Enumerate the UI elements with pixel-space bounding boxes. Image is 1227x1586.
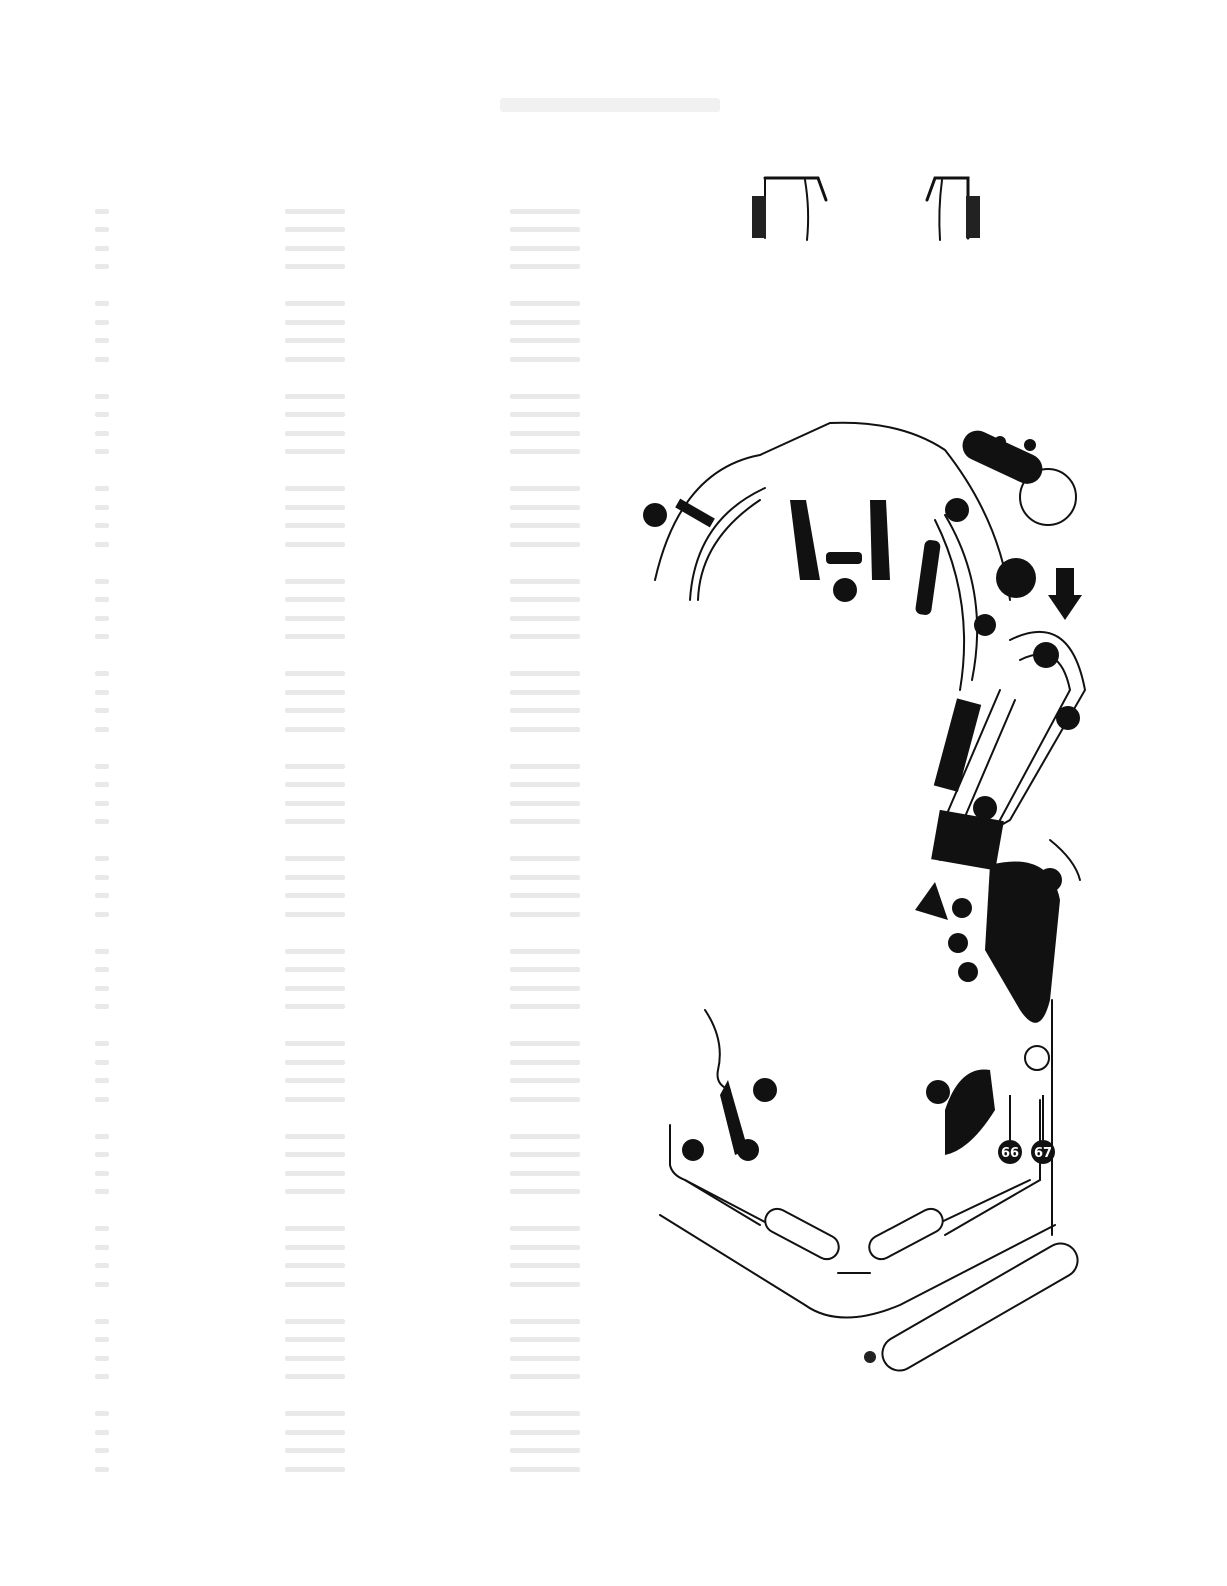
svg-text:67: 67	[1034, 1146, 1052, 1161]
plunger-rod	[876, 1237, 1084, 1376]
top-left-bracket-icon	[752, 178, 826, 240]
v-target-center	[826, 552, 862, 564]
callout-66: 66	[998, 1095, 1022, 1164]
lower-ramp-block	[931, 810, 1004, 871]
top-right-bracket-icon	[927, 178, 980, 240]
right-flipper	[865, 1205, 947, 1264]
svg-text:66: 66	[1001, 1146, 1019, 1161]
right-inlane	[935, 1180, 1030, 1225]
plunger-tip	[864, 1351, 876, 1363]
ramp-flap	[934, 698, 981, 791]
down-arrow-icon	[1048, 568, 1082, 620]
lower-ball-ring	[1025, 1046, 1049, 1070]
center-post	[915, 539, 941, 615]
ramp-inner	[1000, 654, 1070, 820]
v-target-bank-right	[870, 500, 890, 580]
v-target-bank-left	[790, 500, 820, 580]
left-flipper	[761, 1205, 843, 1264]
callout-markers	[643, 436, 1080, 1161]
upper-left-wire	[705, 1010, 730, 1090]
kicker-triangle	[915, 882, 948, 920]
top-right-rubber	[958, 426, 1048, 489]
playfield-diagram: 66 67	[0, 0, 1227, 1586]
right-slingshot	[945, 1070, 995, 1156]
